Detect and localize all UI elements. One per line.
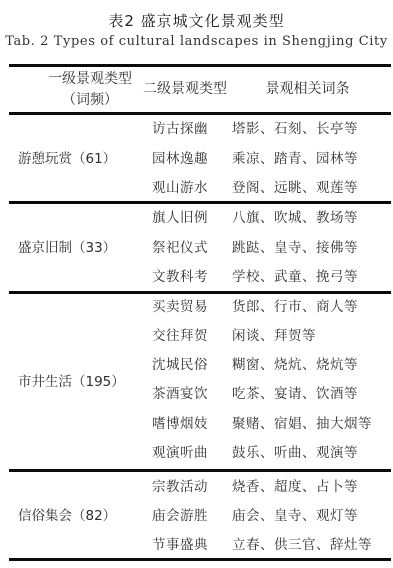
secondary-type-cell: 嗜博烟妓 [152, 414, 208, 434]
secondary-type-cell: 祭祀仪式 [152, 238, 208, 258]
primary-type-cell: 市井生活（195） [18, 372, 125, 392]
terms-cell: 烧香、超度、占卜等 [232, 477, 358, 497]
terms-cell: 货郎、行市、商人等 [232, 297, 358, 317]
secondary-type-cell: 买卖贸易 [152, 297, 208, 317]
terms-cell: 闲谈、拜贺等 [232, 326, 316, 346]
secondary-type-cell: 茶酒宴饮 [152, 384, 208, 404]
terms-cell: 塔影、石刻、长亭等 [232, 119, 358, 139]
terms-cell: 八旗、吹城、教场等 [232, 208, 358, 228]
table-caption-en: Tab. 2 Types of cultural landscapes in S… [0, 34, 393, 49]
secondary-type-cell: 庙会游胜 [152, 506, 208, 526]
terms-cell: 吃茶、宴请、饮酒等 [232, 384, 358, 404]
primary-type-cell: 信俗集会（82） [18, 506, 116, 526]
group-divider-1 [9, 201, 391, 204]
header-word-frequency: （词频） [30, 90, 150, 110]
table-caption-cn: 表2 盛京城文化景观类型 [0, 10, 393, 31]
group-divider-3 [9, 469, 391, 472]
header-primary-type: 一级景观类型 [30, 69, 150, 89]
secondary-type-cell: 访古探幽 [152, 119, 208, 139]
secondary-type-cell: 观山游水 [152, 178, 208, 198]
secondary-type-cell: 交往拜贺 [152, 326, 208, 346]
secondary-type-cell: 宗教活动 [152, 477, 208, 497]
terms-cell: 跳跶、皇寺、接佛等 [232, 238, 358, 258]
secondary-type-cell: 旗人旧例 [152, 208, 208, 228]
terms-cell: 乘凉、踏青、园林等 [232, 149, 358, 169]
terms-cell: 聚赌、宿娼、抽大烟等 [232, 414, 372, 434]
header-related-terms: 景观相关词条 [235, 79, 380, 99]
secondary-type-cell: 沈城民俗 [152, 355, 208, 375]
primary-type-cell: 游憩玩赏（61） [18, 149, 116, 169]
terms-cell: 鼓乐、听曲、观演等 [232, 443, 358, 463]
terms-cell: 立春、供三官、辞灶等 [232, 535, 372, 555]
secondary-type-cell: 观演听曲 [152, 443, 208, 463]
secondary-type-cell: 园林逸趣 [152, 149, 208, 169]
group-divider-2 [9, 291, 391, 294]
terms-cell: 学校、武童、挽弓等 [232, 267, 358, 287]
primary-type-cell: 盛京旧制（33） [18, 238, 116, 258]
terms-cell: 庙会、皇寺、观灯等 [232, 506, 358, 526]
header-secondary-type: 二级景观类型 [135, 79, 235, 99]
secondary-type-cell: 节事盛典 [152, 535, 208, 555]
terms-cell: 登阁、远眺、观莲等 [232, 178, 358, 198]
secondary-type-cell: 文教科考 [152, 267, 208, 287]
terms-cell: 糊窗、烧炕、烧炕等 [232, 355, 358, 375]
top-rule [9, 64, 391, 67]
header-rule [9, 112, 391, 115]
bottom-rule [9, 558, 391, 561]
